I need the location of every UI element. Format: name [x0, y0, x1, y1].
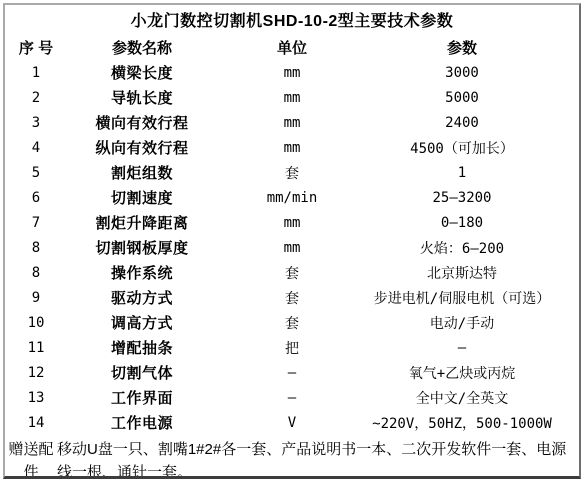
value-cell: 1 — [367, 165, 579, 181]
value-cell: — — [367, 340, 579, 356]
unit-cell: 套 — [217, 263, 367, 283]
table-row: 2导轨长度mm5000 — [5, 85, 579, 110]
unit-cell: mm — [217, 115, 367, 131]
table-header-row: 序 号 参数名称 单位 参数 — [5, 35, 579, 60]
param-name-cell: 增配抽条 — [67, 337, 217, 358]
table-row: 4纵向有效行程mm4500（可加长） — [5, 135, 579, 160]
param-name-cell: 工作界面 — [67, 387, 217, 408]
header-index: 序 号 — [5, 37, 67, 58]
unit-cell: — — [217, 365, 367, 381]
unit-cell: 套 — [217, 313, 367, 333]
param-name-cell: 调高方式 — [67, 312, 217, 333]
header-param-name: 参数名称 — [67, 37, 217, 58]
row-index-cell: 8 — [5, 265, 67, 281]
row-index-cell: 10 — [5, 315, 67, 331]
value-cell: 2400 — [367, 115, 579, 131]
row-index-cell: 2 — [5, 90, 67, 106]
param-name-cell: 切割钢板厚度 — [67, 237, 217, 258]
param-name-cell: 切割速度 — [67, 187, 217, 208]
value-cell: 25—3200 — [367, 190, 579, 206]
table-row: 7割炬升降距离mm0—180 — [5, 210, 579, 235]
header-value: 参数 — [367, 37, 579, 58]
value-cell: 火焰：6—200 — [367, 238, 579, 258]
row-index-cell: 13 — [5, 390, 67, 406]
param-name-cell: 导轨长度 — [67, 87, 217, 108]
param-name-cell: 割炬组数 — [67, 162, 217, 183]
param-name-cell: 横梁长度 — [67, 62, 217, 83]
row-index-cell: 12 — [5, 365, 67, 381]
value-cell: 4500（可加长） — [367, 138, 579, 158]
unit-cell: 套 — [217, 163, 367, 183]
table-row: 12切割气体—氧气+乙炔或丙烷 — [5, 360, 579, 385]
param-name-cell: 切割气体 — [67, 362, 217, 383]
param-name-cell: 割炬升降距离 — [67, 212, 217, 233]
unit-cell: mm — [217, 215, 367, 231]
value-cell: 步进电机/伺服电机（可选） — [367, 288, 579, 308]
value-cell: 3000 — [367, 65, 579, 81]
table-row: 11增配抽条把— — [5, 335, 579, 360]
value-cell: 5000 — [367, 90, 579, 106]
row-index-cell: 5 — [5, 165, 67, 181]
param-name-cell: 横向有效行程 — [67, 112, 217, 133]
unit-cell: mm — [217, 90, 367, 106]
unit-cell: 把 — [217, 338, 367, 358]
value-cell: 0—180 — [367, 215, 579, 231]
value-cell: 北京斯达特 — [367, 263, 579, 283]
table-row: 9驱动方式套步进电机/伺服电机（可选） — [5, 285, 579, 310]
param-name-cell: 操作系统 — [67, 262, 217, 283]
table-body: 1横梁长度mm30002导轨长度mm50003横向有效行程mm24004纵向有效… — [5, 60, 579, 435]
table-row: 8操作系统套北京斯达特 — [5, 260, 579, 285]
value-cell: ~220V，50HZ，500-1000W — [367, 413, 579, 433]
param-name-cell: 工作电源 — [67, 412, 217, 433]
row-index-cell: 1 — [5, 65, 67, 81]
param-name-cell: 纵向有效行程 — [67, 137, 217, 158]
spec-table: 小龙门数控切割机SHD-10-2型主要技术参数 序 号 参数名称 单位 参数 1… — [3, 3, 581, 479]
row-index-cell: 4 — [5, 140, 67, 156]
row-index-cell: 3 — [5, 115, 67, 131]
table-row: 13工作界面—全中文/全英文 — [5, 385, 579, 410]
table-row: 5割炬组数套1 — [5, 160, 579, 185]
unit-cell: mm/min — [217, 190, 367, 206]
page: 小龙门数控切割机SHD-10-2型主要技术参数 序 号 参数名称 单位 参数 1… — [0, 0, 584, 482]
row-index-cell: 14 — [5, 415, 67, 431]
row-index-cell: 7 — [5, 215, 67, 231]
table-row: 6切割速度mm/min25—3200 — [5, 185, 579, 210]
bonus-accessories-text: 移动U盘一只、割嘴1#2#各一套、产品说明书一本、二次开发软件一套、电源线一根、… — [57, 438, 579, 479]
param-name-cell: 驱动方式 — [67, 287, 217, 308]
table-row: 3横向有效行程mm2400 — [5, 110, 579, 135]
row-index-cell: 9 — [5, 290, 67, 306]
header-unit: 单位 — [217, 37, 367, 58]
value-cell: 电动/手动 — [367, 313, 579, 333]
table-row: 14工作电源V~220V，50HZ，500-1000W — [5, 410, 579, 435]
unit-cell: V — [217, 415, 367, 431]
bonus-accessories-row: 赠送配件 移动U盘一只、割嘴1#2#各一套、产品说明书一本、二次开发软件一套、电… — [5, 438, 579, 479]
unit-cell: — — [217, 390, 367, 406]
bonus-accessories-label: 赠送配件 — [5, 438, 57, 479]
table-row: 1横梁长度mm3000 — [5, 60, 579, 85]
row-index-cell: 8 — [5, 240, 67, 256]
table-title: 小龙门数控切割机SHD-10-2型主要技术参数 — [5, 5, 579, 35]
value-cell: 氧气+乙炔或丙烷 — [367, 363, 579, 383]
unit-cell: mm — [217, 65, 367, 81]
table-row: 10调高方式套电动/手动 — [5, 310, 579, 335]
unit-cell: 套 — [217, 288, 367, 308]
unit-cell: mm — [217, 240, 367, 256]
table-row: 8切割钢板厚度mm火焰：6—200 — [5, 235, 579, 260]
row-index-cell: 6 — [5, 190, 67, 206]
value-cell: 全中文/全英文 — [367, 388, 579, 408]
unit-cell: mm — [217, 140, 367, 156]
row-index-cell: 11 — [5, 340, 67, 356]
